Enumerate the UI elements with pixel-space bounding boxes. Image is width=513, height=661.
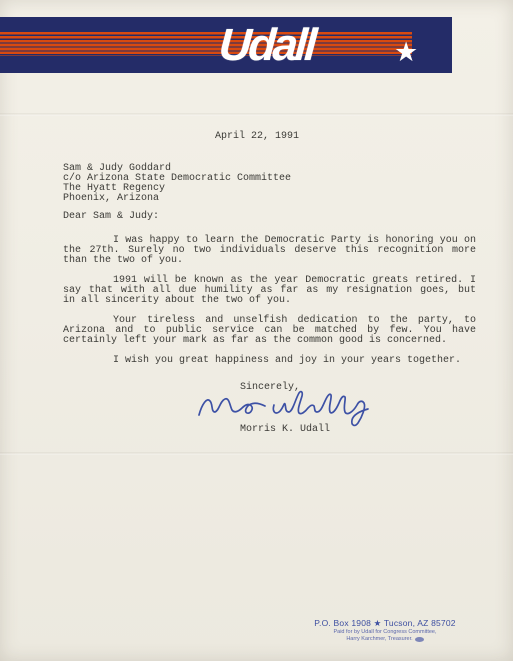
scanned-letter-page: Udall ★ April 22, 1991 Sam & Judy Goddar… (0, 0, 513, 661)
udall-logo-wordmark: Udall (217, 19, 316, 71)
udall-letterhead-banner: Udall ★ (0, 17, 452, 73)
paragraph: 1991 will be known as the year Democrati… (63, 276, 476, 306)
union-bug-icon (415, 637, 424, 642)
typed-signer-name: Morris K. Udall (240, 425, 330, 435)
footer-address: P.O. Box 1908 ★ Tucson, AZ 85702 (300, 618, 470, 629)
paper-crease (0, 452, 513, 455)
letter-body: I was happy to learn the Democratic Part… (63, 236, 476, 376)
recipient-address-block: Sam & Judy Goddard c/o Arizona State Dem… (63, 164, 291, 204)
footer-paid-for-line2-row: Harry Karchmer, Treasurer. (300, 636, 470, 643)
paper-crease (0, 113, 513, 116)
footer-paid-for-line2: Harry Karchmer, Treasurer. (346, 636, 412, 643)
body-line: than the two of you. (63, 256, 476, 266)
paragraph: I wish you great happiness and joy in yo… (63, 356, 476, 366)
letter-date: April 22, 1991 (215, 132, 299, 142)
paragraph: Your tireless and unselfish dedication t… (63, 316, 476, 346)
letterhead-stripes (0, 32, 412, 56)
paragraph: I was happy to learn the Democratic Part… (63, 236, 476, 266)
body-line: I wish you great happiness and joy in yo… (63, 356, 476, 366)
recipient-line: Phoenix, Arizona (63, 194, 291, 204)
footer-paid-for-line1: Paid for by Udall for Congress Committee… (300, 629, 470, 636)
body-line: in all sincerity about the two of you. (63, 296, 476, 306)
salutation: Dear Sam & Judy: (63, 212, 159, 222)
star-icon: ★ (394, 39, 418, 66)
body-line: certainly left your mark as far as the c… (63, 336, 476, 346)
campaign-footer: P.O. Box 1908 ★ Tucson, AZ 85702 Paid fo… (300, 618, 470, 643)
